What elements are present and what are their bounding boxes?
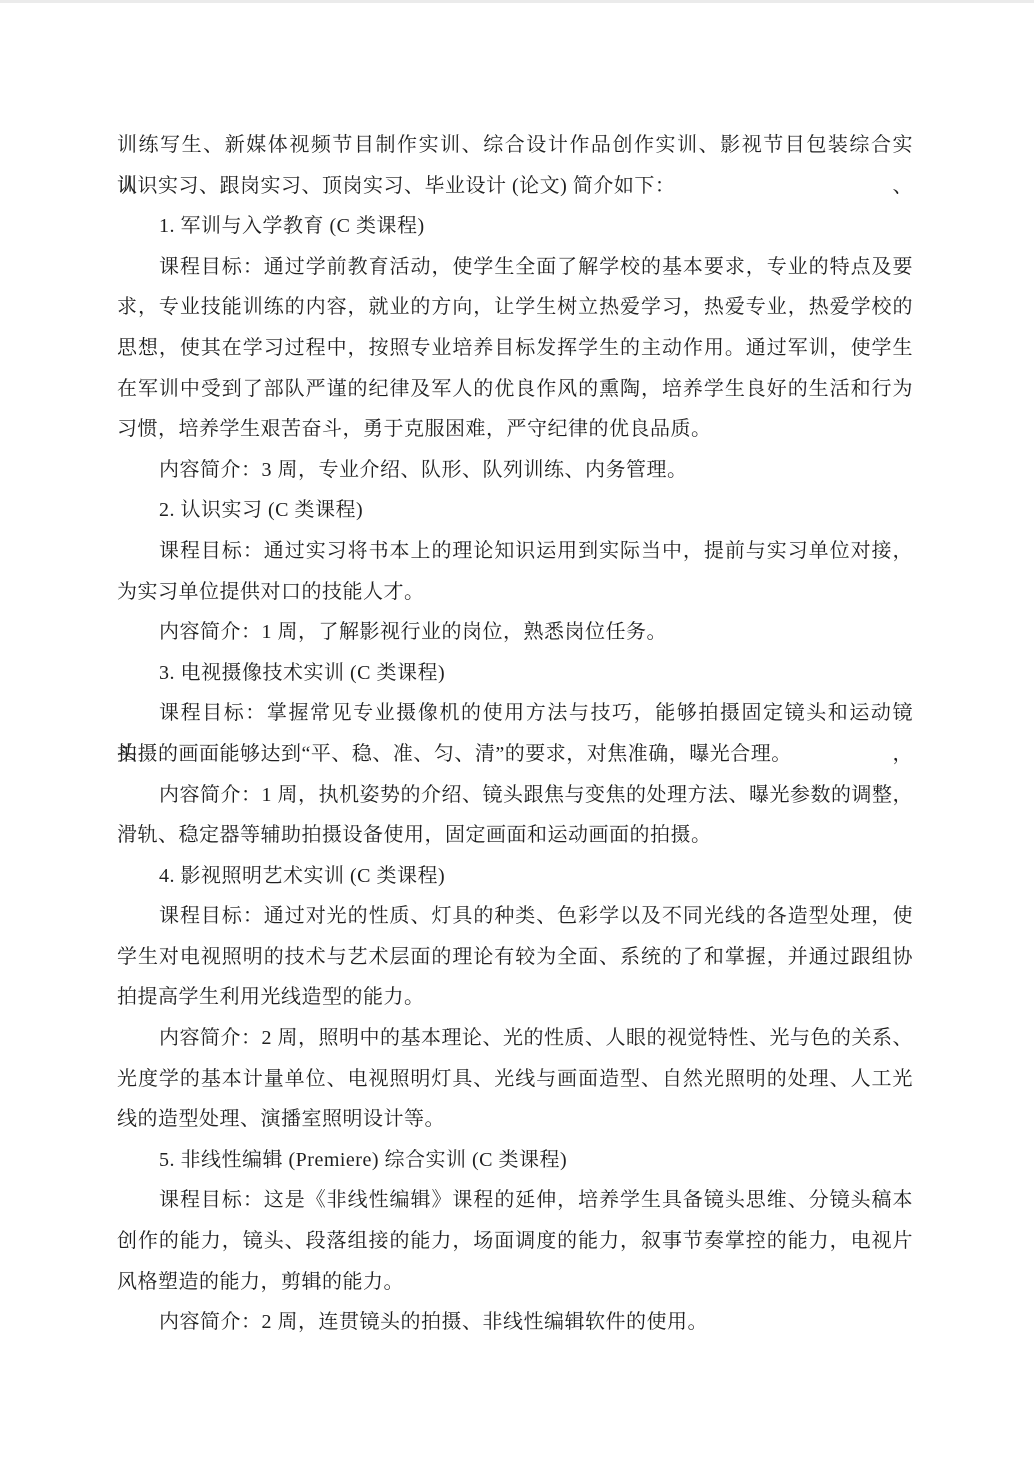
page-top-edge [0, 0, 1034, 3]
text-line: 求，专业技能训练的内容，就业的方向，让学生树立热爱学习，热爱专业，热爱学校的 [117, 287, 913, 328]
text-line: 习惯，培养学生艰苦奋斗，勇于克服困难，严守纪律的优良品质。 [117, 409, 913, 450]
text-line: 光度学的基本计量单位、电视照明灯具、光线与画面造型、自然光照明的处理、人工光 [117, 1059, 913, 1100]
text-line: 拍提高学生利用光线造型的能力。 [117, 977, 913, 1018]
text-line: 课程目标：通过学前教育活动，使学生全面了解学校的基本要求，专业的特点及要 [117, 247, 913, 288]
text-line: 内容简介：2 周，连贯镜头的拍摄、非线性编辑软件的使用。 [117, 1302, 913, 1343]
text-line: 思想，使其在学习过程中，按照专业培养目标发挥学生的主动作用。通过军训，使学生 [117, 328, 913, 369]
text-line: 学生对电视照明的技术与艺术层面的理论有较为全面、系统的了和掌握，并通过跟组协 [117, 937, 913, 978]
text-line: 4. 影视照明艺术实训 (C 类课程) [117, 856, 913, 897]
text-line: 1. 军训与入学教育 (C 类课程) [117, 206, 913, 247]
text-line: 训练写生、新媒体视频节目制作实训、综合设计作品创作实训、影视节目包装综合实训、 [117, 125, 913, 166]
text-line: 内容简介：2 周，照明中的基本理论、光的性质、人眼的视觉特性、光与色的关系、 [117, 1018, 913, 1059]
text-line: 课程目标：掌握常见专业摄像机的使用方法与技巧，能够拍摄固定镜头和运动镜头， [117, 693, 913, 734]
text-line: 线的造型处理、演播室照明设计等。 [117, 1099, 913, 1140]
text-line: 内容简介：1 周，执机姿势的介绍、镜头跟焦与变焦的处理方法、曝光参数的调整， [117, 775, 913, 816]
document-body: 训练写生、新媒体视频节目制作实训、综合设计作品创作实训、影视节目包装综合实训、认… [117, 125, 913, 1343]
text-line: 内容简介：3 周，专业介绍、队形、队列训练、内务管理。 [117, 450, 913, 491]
text-line: 5. 非线性编辑 (Premiere) 综合实训 (C 类课程) [117, 1140, 913, 1181]
text-line: 课程目标：通过实习将书本上的理论知识运用到实际当中，提前与实习单位对接， [117, 531, 913, 572]
text-line: 在军训中受到了部队严谨的纪律及军人的优良作风的熏陶，培养学生良好的生活和行为 [117, 369, 913, 410]
text-line: 风格塑造的能力，剪辑的能力。 [117, 1262, 913, 1303]
text-line: 2. 认识实习 (C 类课程) [117, 490, 913, 531]
text-line: 滑轨、稳定器等辅助拍摄设备使用，固定画面和运动画面的拍摄。 [117, 815, 913, 856]
text-line: 3. 电视摄像技术实训 (C 类课程) [117, 653, 913, 694]
text-line: 课程目标：通过对光的性质、灯具的种类、色彩学以及不同光线的各造型处理，使 [117, 896, 913, 937]
text-line: 内容简介：1 周，了解影视行业的岗位，熟悉岗位任务。 [117, 612, 913, 653]
text-line: 为实习单位提供对口的技能人才。 [117, 572, 913, 613]
text-line: 课程目标：这是《非线性编辑》课程的延伸，培养学生具备镜头思维、分镜头稿本 [117, 1180, 913, 1221]
text-line: 创作的能力，镜头、段落组接的能力，场面调度的能力，叙事节奏掌控的能力，电视片 [117, 1221, 913, 1262]
